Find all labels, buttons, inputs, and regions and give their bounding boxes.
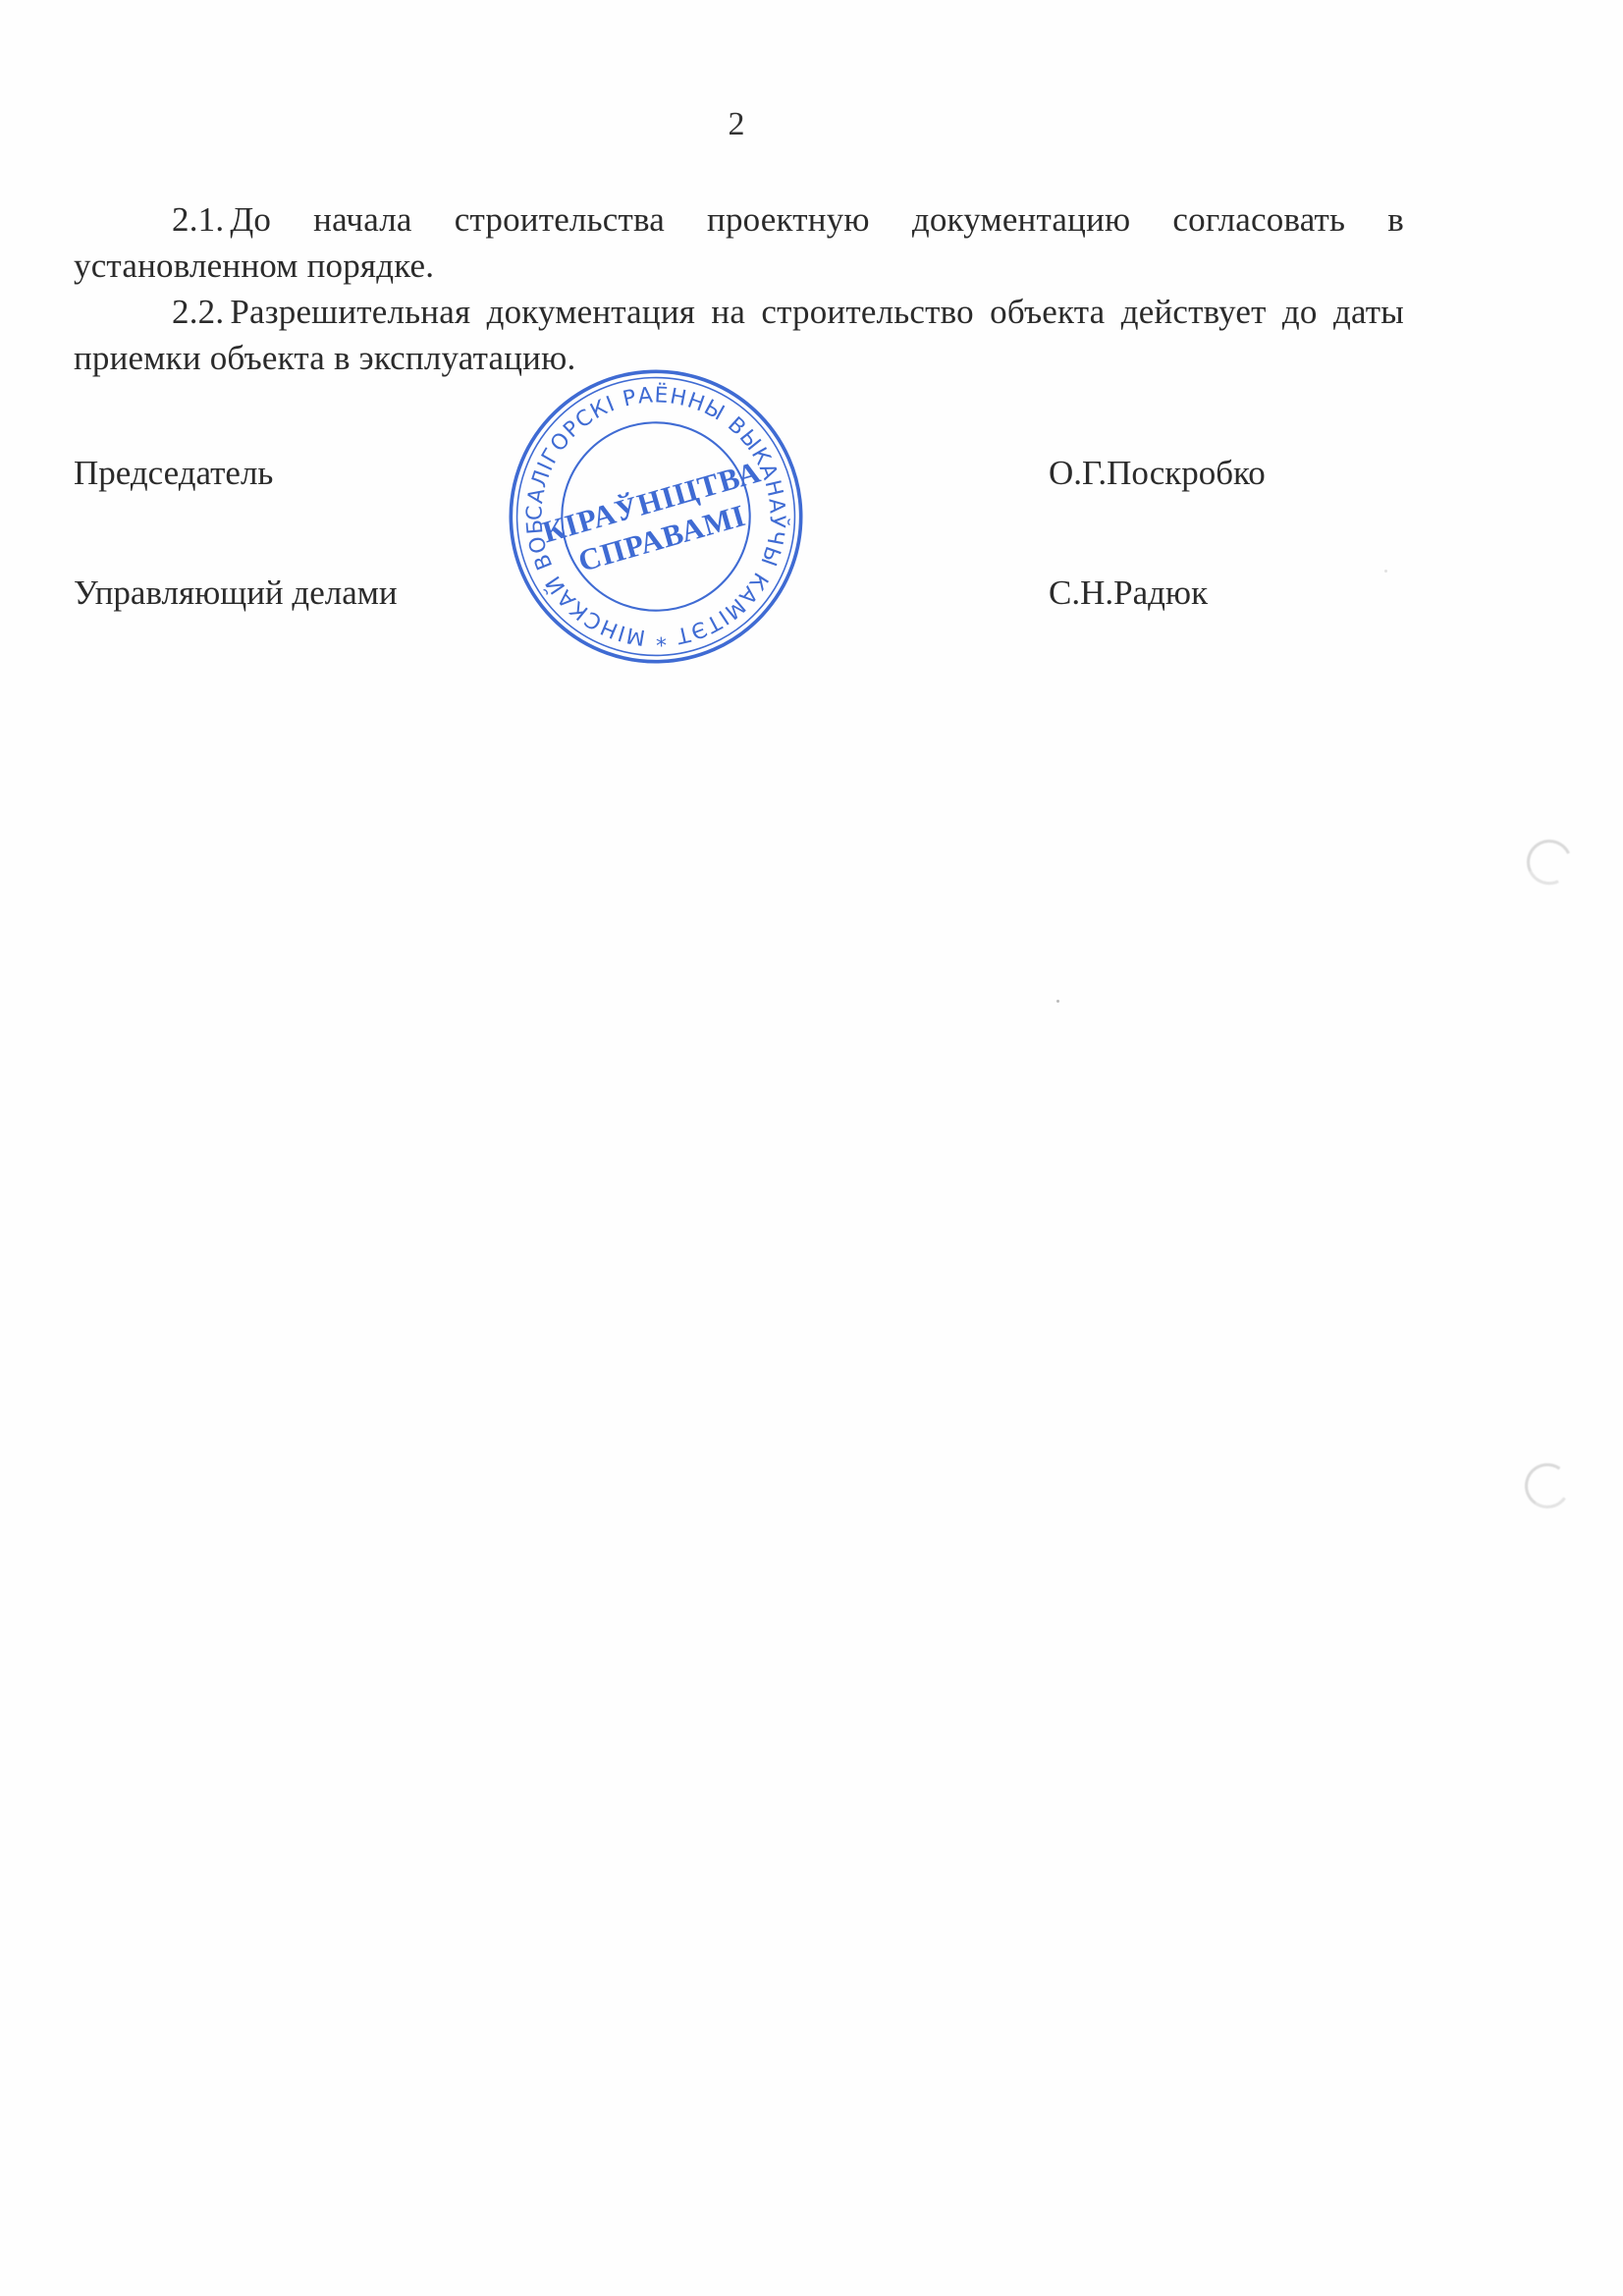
paragraph-2-1: 2.1.До начала строительства проектную до… xyxy=(74,196,1404,289)
document-page: 2 2.1.До начала строительства проектную … xyxy=(0,0,1623,2296)
paragraph-number: 2.1. xyxy=(172,200,224,239)
signer-title: Управляющий делами xyxy=(74,574,398,613)
signer-title: Председатель xyxy=(74,454,273,493)
paragraph-text: До начала строительства проектную докуме… xyxy=(74,200,1404,285)
signer-name: О.Г.Поскробко xyxy=(1049,454,1266,493)
document-body: 2.1.До начала строительства проектную до… xyxy=(74,196,1404,381)
stamp-seal-icon: САЛІГОРСКІ РАЁННЫ ВЫКАНАЎЧЫ КАМІТЭТ * МІ… xyxy=(498,358,815,676)
signer-name: С.Н.Радюк xyxy=(1049,574,1208,613)
scan-artifact-mark xyxy=(1521,1459,1573,1511)
official-stamp: САЛІГОРСКІ РАЁННЫ ВЫКАНАЎЧЫ КАМІТЭТ * МІ… xyxy=(498,358,815,676)
paragraph-number: 2.2. xyxy=(172,293,224,331)
page-number: 2 xyxy=(0,106,1473,143)
scan-dust-speck xyxy=(1056,1000,1059,1003)
scan-artifact-mark xyxy=(1521,834,1579,892)
scan-dust-speck xyxy=(1384,570,1387,573)
